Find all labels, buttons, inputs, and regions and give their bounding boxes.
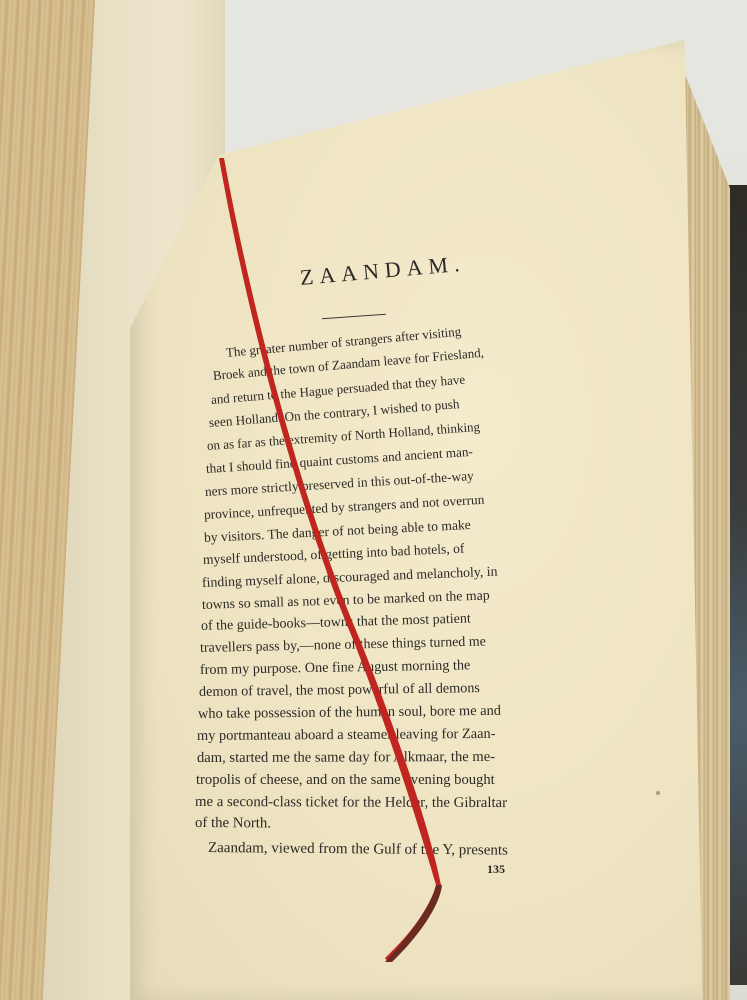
text-line: dam, started me the same day for Alkmaar… — [197, 749, 555, 767]
text-line: me a second-class ticket for the Helder,… — [195, 794, 556, 812]
text-line: of the North. — [195, 815, 271, 832]
page-number: 135 — [487, 862, 505, 877]
text-line: tropolis of cheese, and on the same even… — [196, 772, 556, 789]
paper-speck — [656, 791, 660, 795]
text-line: my portmanteau aboard a steamer leaving … — [197, 726, 554, 745]
text-line: Zaandam, viewed from the Gulf of the Y, … — [208, 840, 560, 860]
